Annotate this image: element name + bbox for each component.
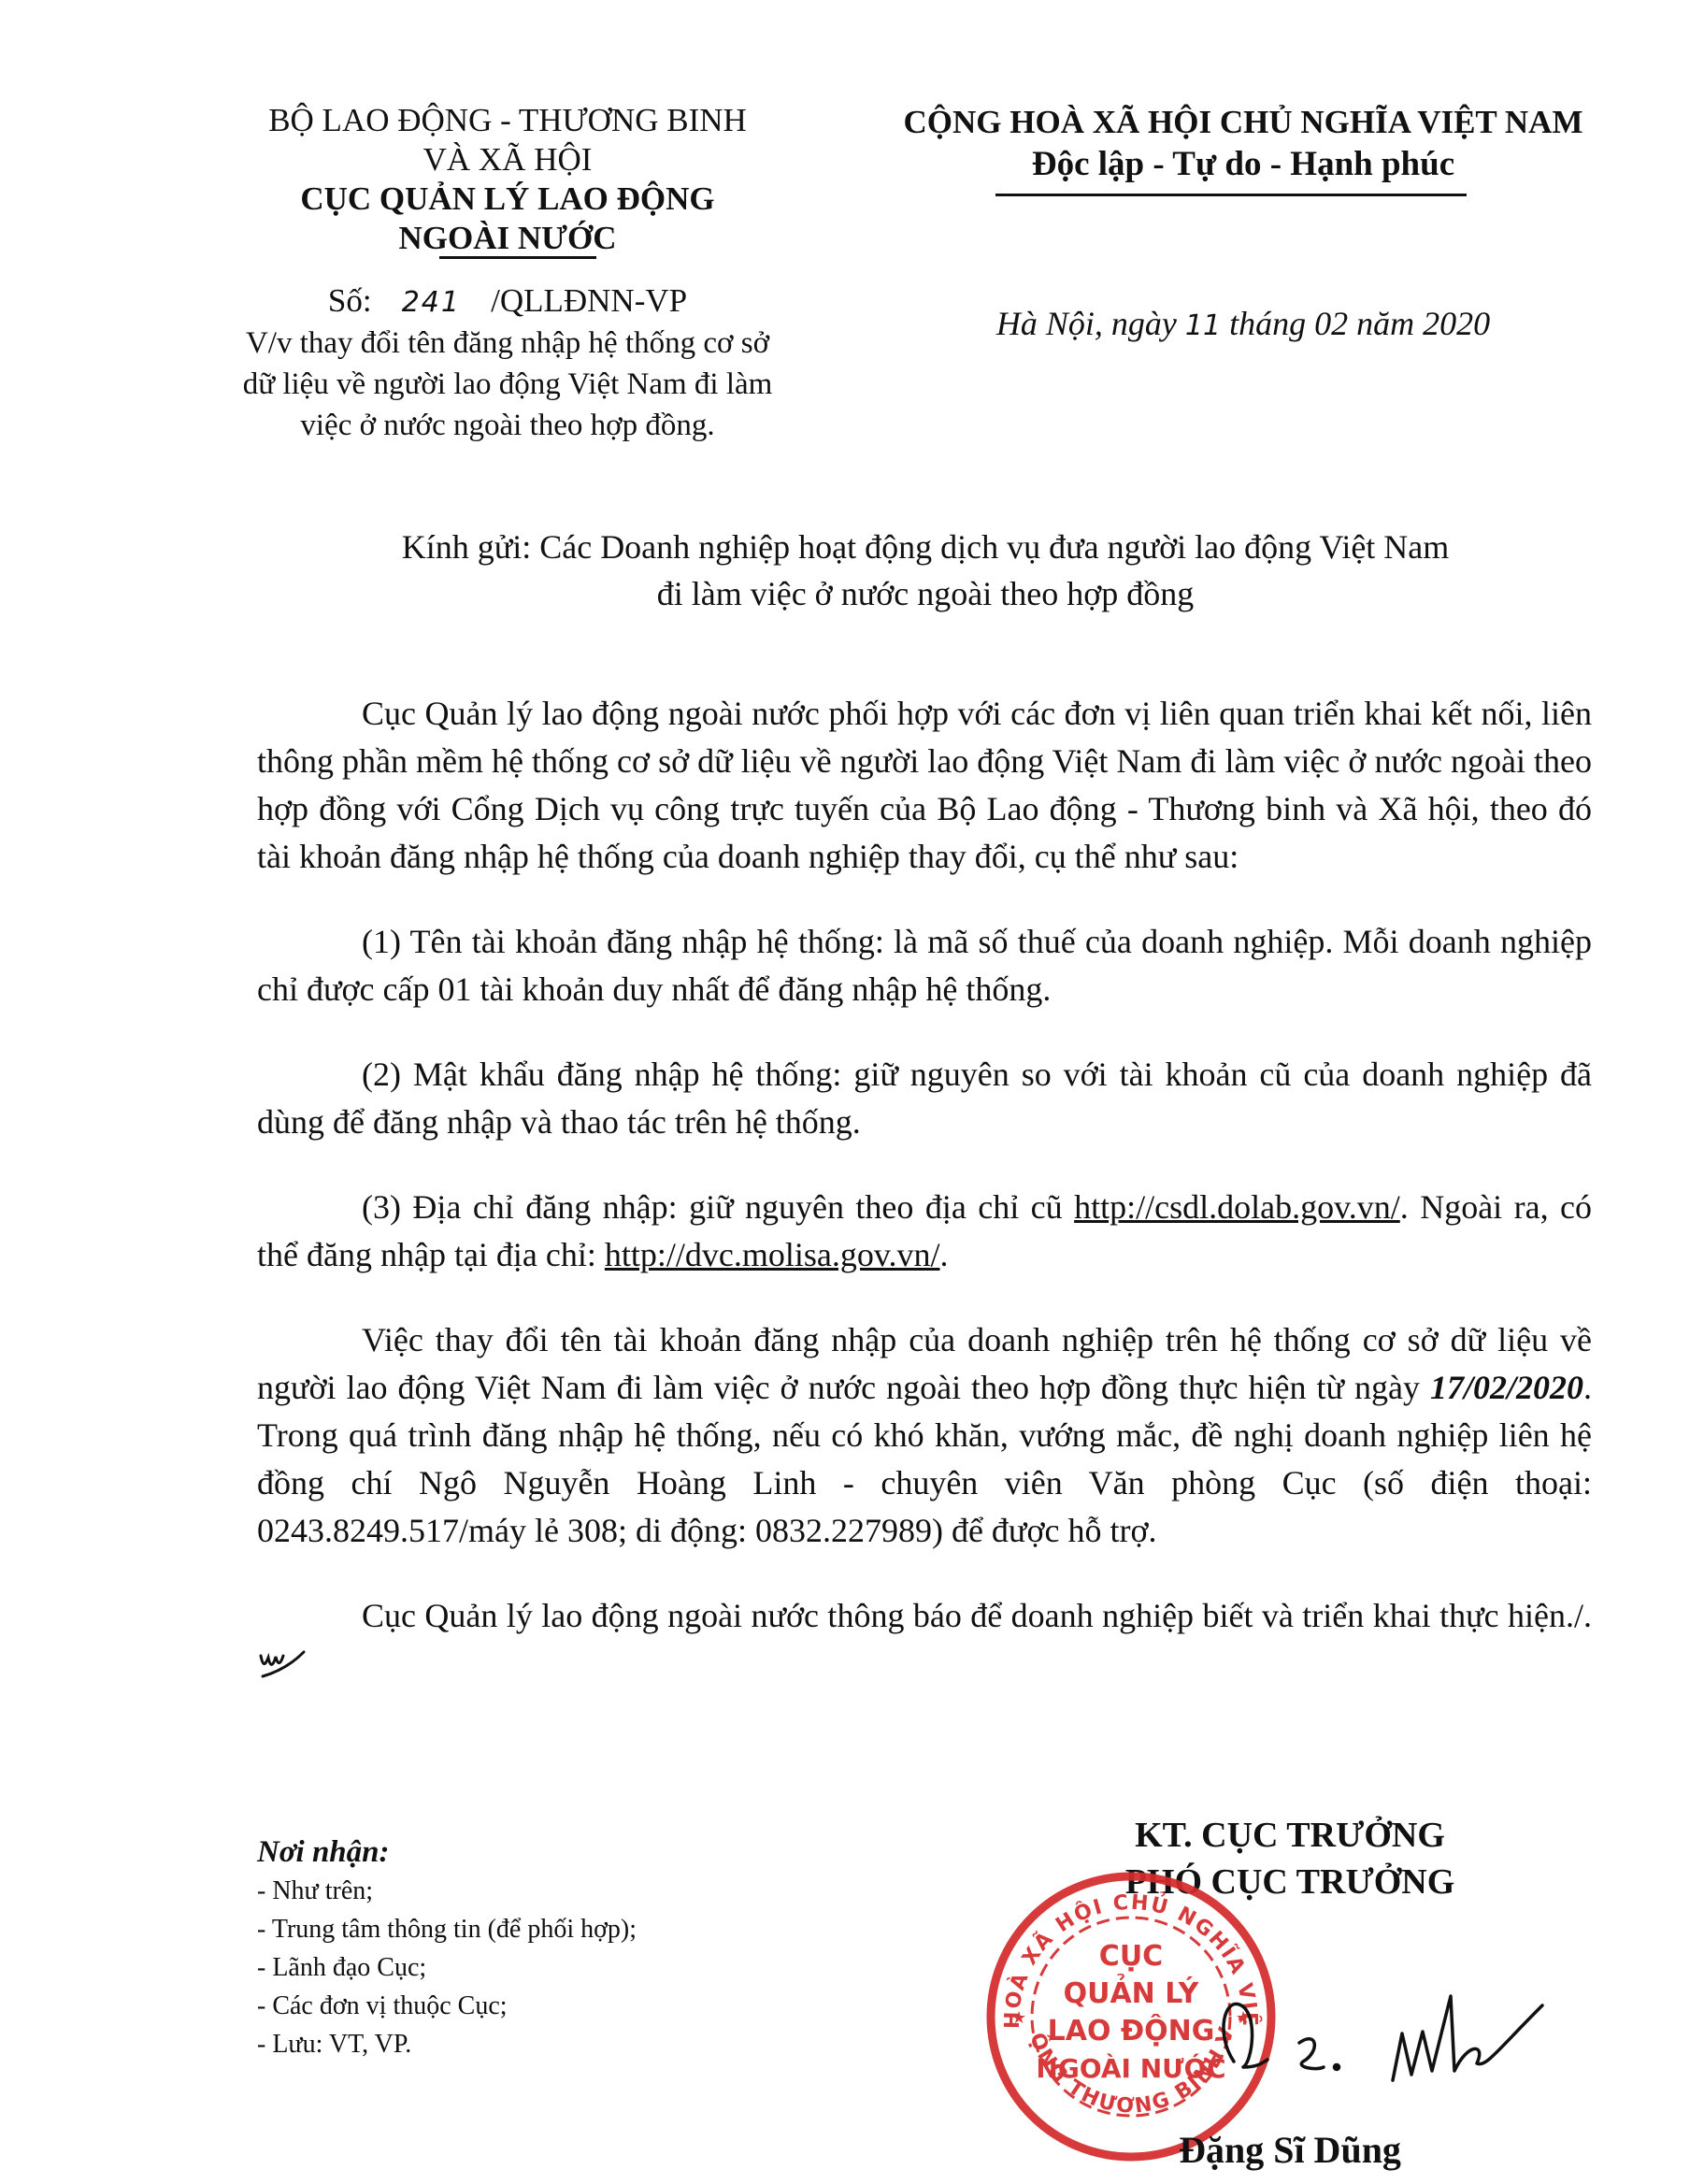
letter-body: Cục Quản lý lao động ngoài nước phối hợp…	[257, 690, 1592, 1688]
recipient-item: - Như trên;	[257, 1872, 837, 1910]
body-item-1: (1) Tên tài khoản đăng nhập hệ thống: là…	[257, 918, 1592, 1013]
svg-text:CỤC: CỤC	[1099, 1940, 1163, 1973]
national-title: CỘNG HOÀ XÃ HỘI CHỦ NGHĨA VIỆT NAM	[823, 101, 1664, 144]
body-paragraph-closing: Cục Quản lý lao động ngoài nước thông bá…	[257, 1592, 1592, 1688]
handwritten-signature-icon	[1206, 1977, 1552, 2099]
recipient-item: - Lưu: VT, VP.	[257, 2025, 837, 2063]
document-number: Số: 241 /QLLĐNN-VP	[215, 280, 800, 323]
issuing-agency-header: BỘ LAO ĐỘNG - THƯƠNG BINH VÀ XÃ HỘI CỤC …	[215, 101, 800, 258]
agency-line-1: CỤC QUẢN LÝ LAO ĐỘNG	[215, 180, 800, 219]
date-prefix: Hà Nội, ngày	[996, 305, 1177, 342]
recipient-line-1: Kính gửi: Các Doanh nghiệp hoạt động dịc…	[257, 524, 1594, 570]
motto-underline	[995, 194, 1467, 196]
agency-underline	[439, 256, 596, 259]
signer-title-1: KT. CỤC TRƯỞNG	[1019, 1812, 1561, 1859]
ministry-line-2: VÀ XÃ HỘI	[215, 140, 800, 180]
svg-text:LAO ĐỘNG: LAO ĐỘNG	[1048, 2013, 1215, 2047]
body-paragraph-effective: Việc thay đổi tên tài khoản đăng nhập củ…	[257, 1316, 1592, 1555]
signer-name: Đặng Sĩ Dũng	[1019, 2127, 1561, 2174]
item3-prefix: (3) Địa chỉ đăng nhập: giữ nguyên theo đ…	[362, 1188, 1074, 1226]
date-suffix: tháng 02 năm 2020	[1229, 305, 1490, 342]
effective-date: 17/02/2020	[1430, 1369, 1583, 1406]
para2-prefix: Việc thay đổi tên tài khoản đăng nhập củ…	[257, 1321, 1592, 1406]
link-dvc-molisa[interactable]: http://dvc.molisa.gov.vn/	[605, 1236, 940, 1273]
agency-line-2: NGOÀI NƯỚC	[215, 219, 800, 258]
ministry-line-1: BỘ LAO ĐỘNG - THƯƠNG BINH	[215, 101, 800, 140]
recipient-line-2: đi làm việc ở nước ngoài theo hợp đồng	[257, 570, 1594, 617]
recipients-list: Nơi nhận: - Như trên; - Trung tâm thông …	[257, 1832, 837, 2063]
body-item-2: (2) Mật khẩu đăng nhập hệ thống: giữ ngu…	[257, 1051, 1592, 1146]
body-paragraph-intro: Cục Quản lý lao động ngoài nước phối hợp…	[257, 690, 1592, 881]
recipient-item: - Lãnh đạo Cục;	[257, 1948, 837, 1987]
svg-text:★: ★	[1011, 2008, 1026, 2028]
link-csdl-dolab[interactable]: http://csdl.dolab.gov.vn/	[1074, 1188, 1400, 1226]
subject-line: V/v thay đổi tên đăng nhập hệ thống cơ s…	[215, 323, 800, 364]
closing-text: Cục Quản lý lao động ngoài nước thông bá…	[362, 1597, 1592, 1634]
document-subject: V/v thay đổi tên đăng nhập hệ thống cơ s…	[215, 323, 800, 446]
recipient-block: Kính gửi: Các Doanh nghiệp hoạt động dịc…	[257, 524, 1594, 617]
handwritten-day: 11	[1185, 309, 1221, 342]
recipient-item: - Trung tâm thông tin (để phối hợp);	[257, 1910, 837, 1948]
national-header: CỘNG HOÀ XÃ HỘI CHỦ NGHĨA VIỆT NAM Độc l…	[823, 101, 1664, 185]
date-line: Hà Nội, ngày 11 tháng 02 năm 2020	[823, 301, 1664, 349]
national-motto: Độc lập - Tự do - Hạnh phúc	[823, 144, 1664, 185]
number-label: Số:	[328, 282, 372, 319]
recipients-title: Nơi nhận:	[257, 1832, 837, 1872]
svg-text:QUẢN LÝ: QUẢN LÝ	[1064, 1974, 1200, 2010]
subject-line: dữ liệu về người lao động Việt Nam đi là…	[215, 364, 800, 405]
recipient-item: - Các đơn vị thuộc Cục;	[257, 1987, 837, 2025]
number-suffix: /QLLĐNN-VP	[491, 282, 687, 319]
body-item-3: (3) Địa chỉ đăng nhập: giữ nguyên theo đ…	[257, 1184, 1592, 1279]
item3-end: .	[940, 1236, 949, 1273]
initial-mark-icon	[257, 1648, 313, 1680]
svg-text:NGOÀI NƯỚC: NGOÀI NƯỚC	[1036, 2052, 1225, 2084]
subject-line: việc ở nước ngoài theo hợp đồng.	[215, 405, 800, 446]
handwritten-number: 241	[379, 282, 482, 323]
